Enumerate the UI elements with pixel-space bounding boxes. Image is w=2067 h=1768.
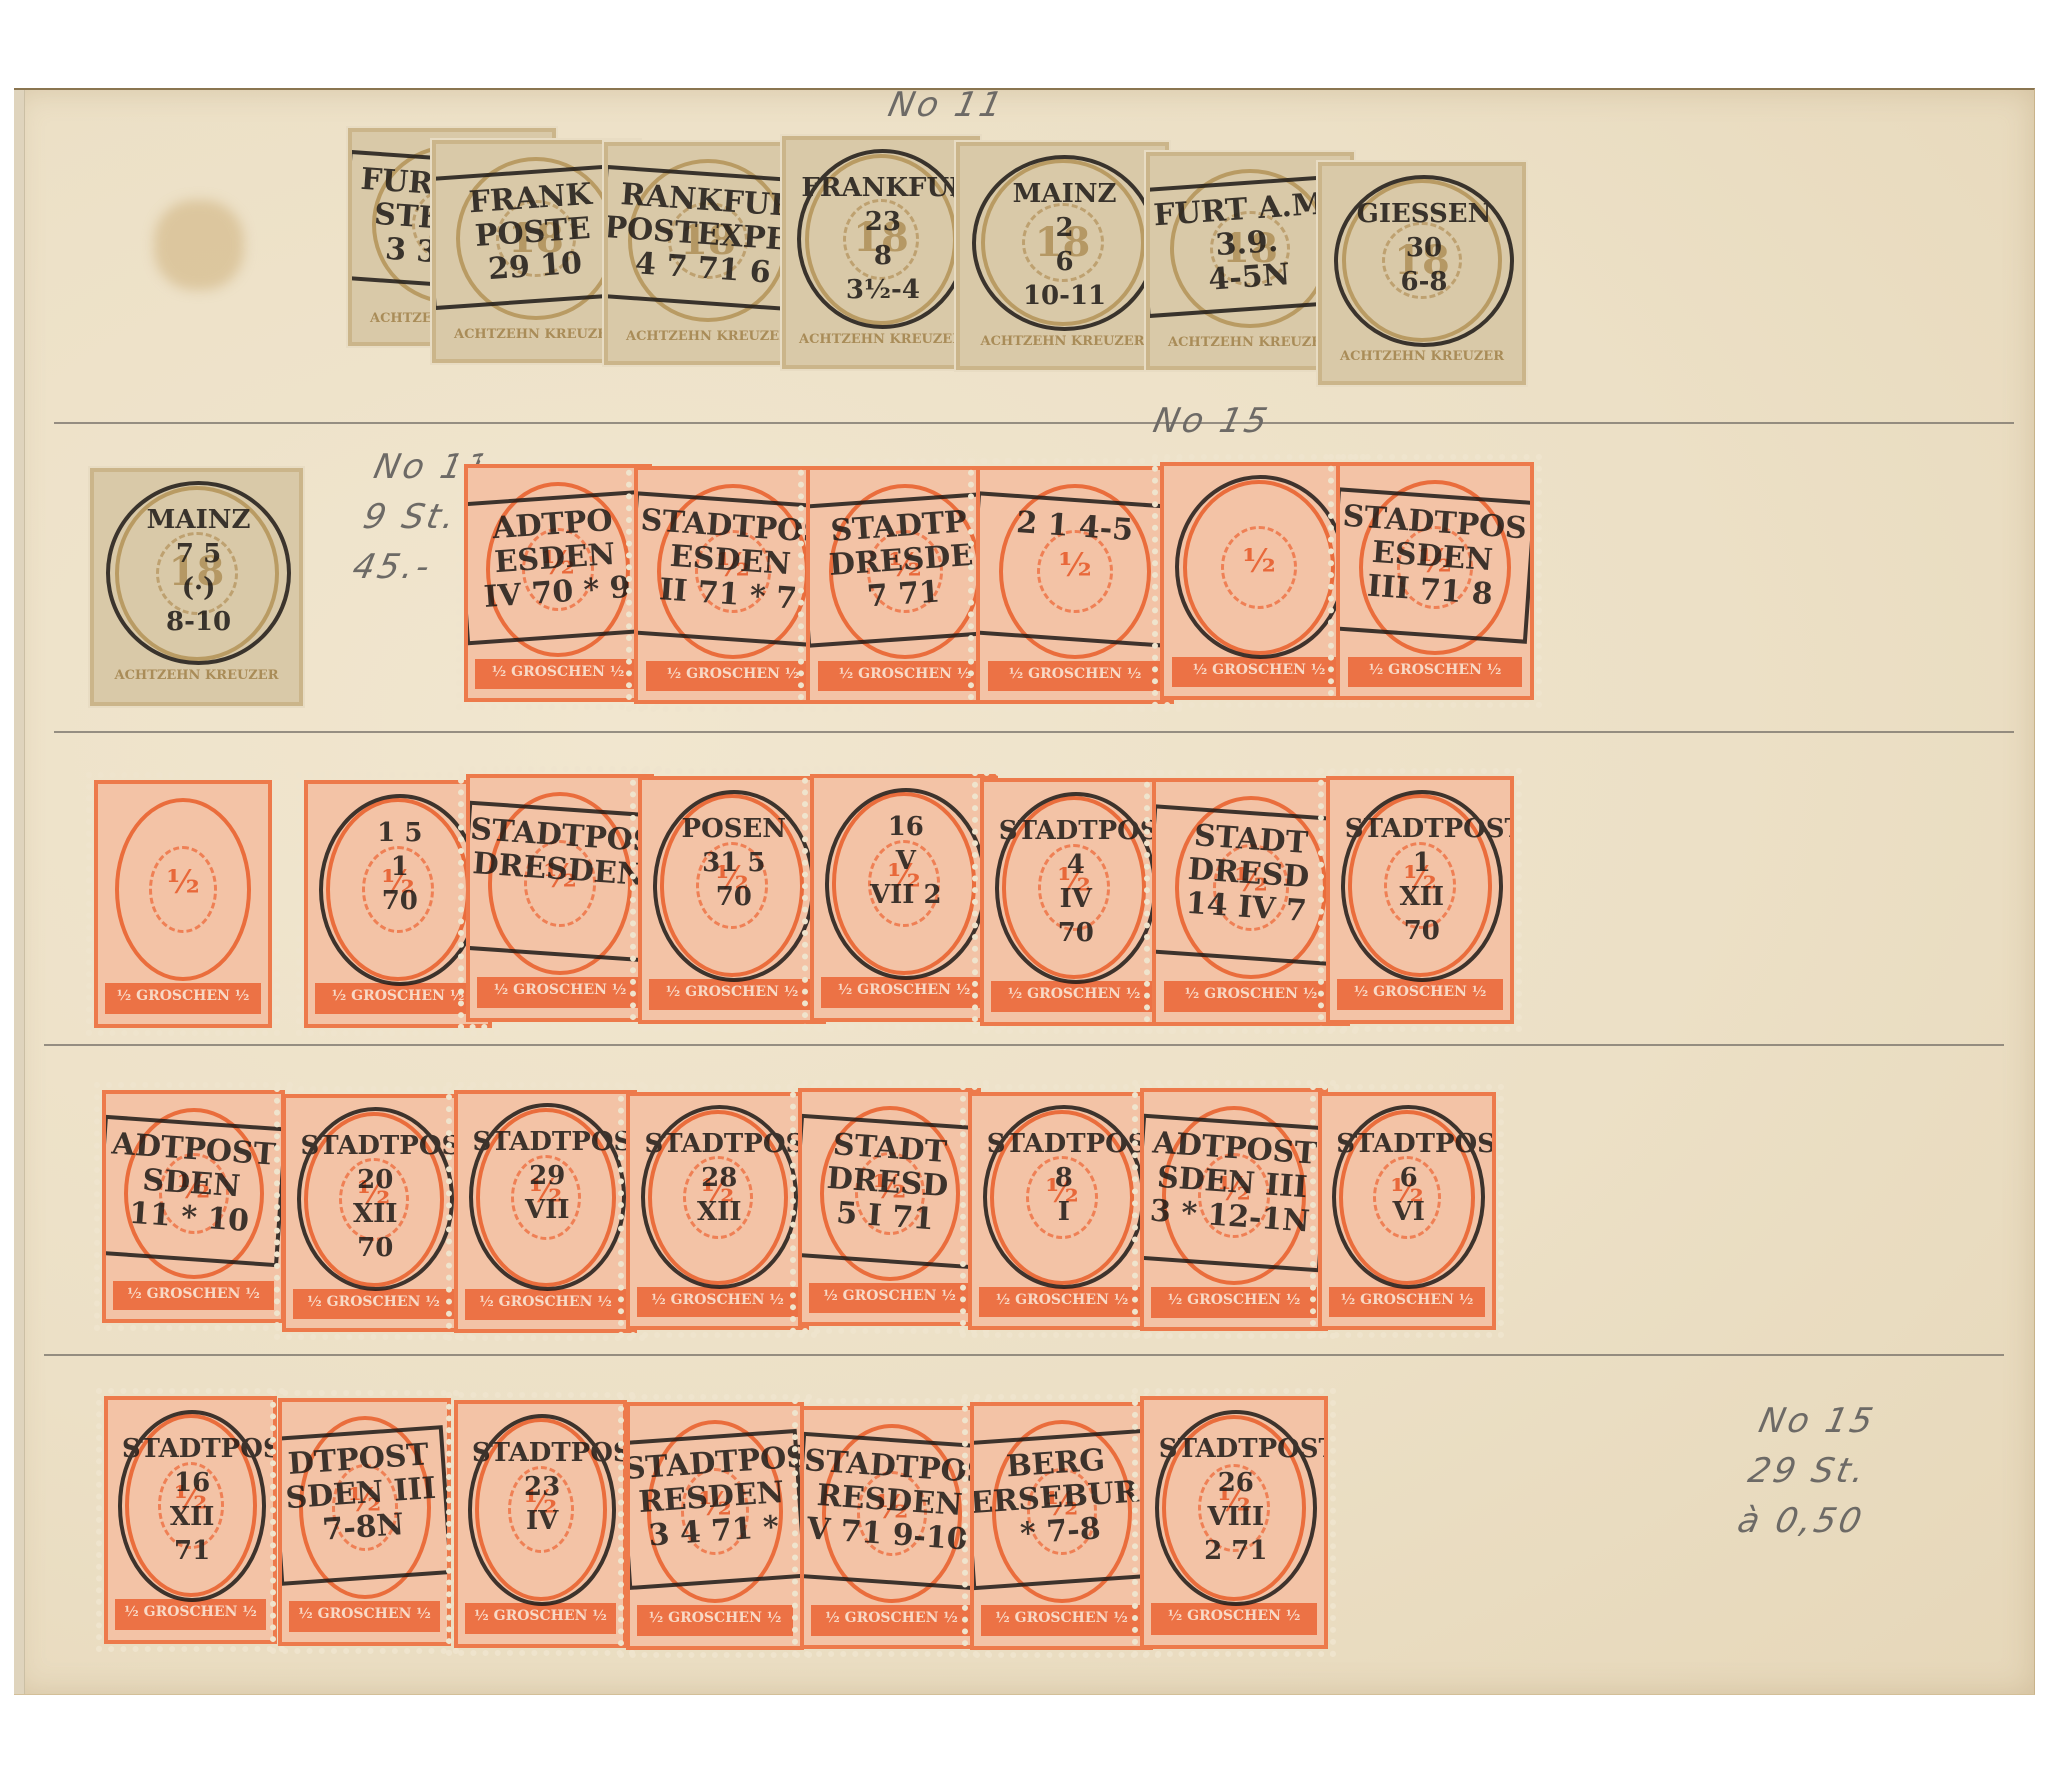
stamp-orange-r4c8: ½½ GROSCHEN ½STADTPOST 6 VI <box>1318 1092 1496 1330</box>
stamp-value-band: ½ GROSCHEN ½ <box>981 1605 1142 1636</box>
postmark-box: STADTPOST RESDEN 3 4 71 * <box>626 1429 804 1590</box>
stamp-orange-r4c4: ½½ GROSCHEN ½STADTPOS 28 XII <box>626 1092 809 1330</box>
postmark-circular: STADTPOST 6 VI <box>1332 1105 1485 1289</box>
stamp-orange-r3c2: ½½ GROSCHEN ½1 5 1 70 <box>304 780 492 1028</box>
stamp-orange-r2c7: ½½ GROSCHEN ½STADTPOS ESDEN III 71 8 <box>1336 462 1534 700</box>
stamp-denomination: ½ <box>98 863 268 901</box>
postmark-box: ADTPO ESDEN IV 70 * 9 <box>464 489 652 644</box>
postmark-box: STADTPOS ESDEN II 71 * 7 <box>634 491 832 647</box>
stamp-orange-r4c6: ½½ GROSCHEN ½STADTPOST 8 I <box>968 1092 1156 1330</box>
stamp-value-band: ½ GROSCHEN ½ <box>811 1605 972 1636</box>
stamp-orange-r5c3: ½½ GROSCHEN ½STADTPOST 23 IV <box>454 1400 627 1648</box>
pencil-note-row2-top: No 15 <box>1149 396 1275 446</box>
stamp-value-band: ACHTZEHN KREUZER <box>1330 344 1514 372</box>
stamp-value-band: ½ GROSCHEN ½ <box>818 661 993 691</box>
stamp-value-band: ½ GROSCHEN ½ <box>988 661 1163 691</box>
stamp-orange-r4c5: ½½ GROSCHEN ½STADT DRESD 5 I 71 <box>798 1088 981 1326</box>
postmark-box: 2 1 4-5 <box>976 491 1174 647</box>
glue-stain <box>154 200 244 290</box>
postmark-box: DTPOST SDEN III 7-8N <box>278 1425 451 1586</box>
stamp-orange-r3c7: ½½ GROSCHEN ½STADT DRESD 14 IV 7 <box>1152 778 1350 1026</box>
postmark-circular: MAINZ 2 6 10-11 <box>972 155 1157 331</box>
stamp-orange-r4c7: ½½ GROSCHEN ½ADTPOST SDEN III 3 * 12-1N <box>1140 1088 1328 1331</box>
pencil-note-top: No 11 <box>884 80 1010 130</box>
postmark-box: STADTP DRESDE 7 71 <box>806 491 1004 647</box>
stamp-orange-r2c2: ½½ GROSCHEN ½ADTPO ESDEN IV 70 * 9 <box>464 464 652 702</box>
stamp-brown-r1c7: 18ACHTZEHN KREUZERGIESSEN 30 6-8 <box>1318 162 1526 385</box>
postmark-circular: STADTPOS 28 XII <box>641 1105 799 1289</box>
postmark-box: BERG ERSEBURG * 7-8 <box>970 1429 1153 1590</box>
stamp-value-band: ½ GROSCHEN ½ <box>637 1287 798 1317</box>
postmark-circular: STADTPOST 1 XII 70 <box>1341 790 1503 982</box>
ruled-line-1 <box>54 422 2014 424</box>
postmark-circular: GIESSEN 30 6-8 <box>1334 175 1514 347</box>
ruled-line-2 <box>54 731 2014 733</box>
stamp-value-band: ½ GROSCHEN ½ <box>821 977 987 1008</box>
stamp-value-band: ½ GROSCHEN ½ <box>637 1605 793 1636</box>
stamp-value-band: ½ GROSCHEN ½ <box>649 979 815 1010</box>
stamp-value-band: ½ GROSCHEN ½ <box>1151 1603 1317 1635</box>
stamp-orange-r5c2: ½½ GROSCHEN ½DTPOST SDEN III 7-8N <box>278 1398 451 1646</box>
stamp-value-band: ½ GROSCHEN ½ <box>477 977 643 1008</box>
postmark-box: ADTPOST SDEN 11 * 10 <box>102 1115 285 1267</box>
stamp-value-band: ACHTZEHN KREUZER <box>968 329 1157 358</box>
postmark-box: STADT DRESD 14 IV 7 <box>1152 804 1350 966</box>
stamp-value-band: ½ GROSCHEN ½ <box>991 981 1157 1012</box>
stamp-value-band: ½ GROSCHEN ½ <box>809 1283 970 1313</box>
postmark-circular: STADTPOS 29 VII <box>469 1103 627 1291</box>
stamp-brown-r1c5: 18ACHTZEHN KREUZERMAINZ 2 6 10-11 <box>956 142 1169 370</box>
stamp-orange-r3c5: ½½ GROSCHEN ½16 V VII 2 <box>810 774 998 1022</box>
stamp-brown-r2c1: 18ACHTZEHN KREUZERMAINZ 7 5 (·) 8-10 <box>90 468 303 706</box>
stamp-value-band: ½ GROSCHEN ½ <box>475 659 641 689</box>
postmark-circular <box>1175 475 1346 659</box>
stamp-orange-r3c4: ½½ GROSCHEN ½POSEN 31 5 70 <box>638 776 826 1024</box>
stamp-orange-r5c5: ½½ GROSCHEN ½STADTPOS RESDEN V 71 9-10 <box>800 1406 983 1649</box>
stamp-value-band: ½ GROSCHEN ½ <box>465 1603 617 1634</box>
stamp-orange-r2c3: ½½ GROSCHEN ½STADTPOS ESDEN II 71 * 7 <box>634 466 832 704</box>
postmark-circular: STADTPOST 4 IV 70 <box>995 792 1157 984</box>
stamp-value-band: ACHTZEHN KREUZER <box>102 663 291 693</box>
stamp-orange-r4c1: ½½ GROSCHEN ½ADTPOST SDEN 11 * 10 <box>102 1090 285 1323</box>
stamp-brown-r1c3: 18ACHTZEHN KREUZERRANKFUR POSTEXPED 4 7 … <box>604 142 812 365</box>
stamp-value-band: ½ GROSCHEN ½ <box>105 983 261 1014</box>
postmark-circular: 16 V VII 2 <box>825 788 987 980</box>
stamp-value-band: ACHTZEHN KREUZER <box>794 327 969 356</box>
pencil-note-bottom-right: No 15 29 St. à 0,50 <box>1733 1396 1890 1546</box>
stamp-orange-r3c1: ½½ GROSCHEN ½ <box>94 780 272 1028</box>
stamp-orange-r4c3: ½½ GROSCHEN ½STADTPOS 29 VII <box>454 1090 637 1333</box>
stamp-orange-r5c1: ½½ GROSCHEN ½STADTPOST 16 XII 71 <box>104 1396 277 1644</box>
postmark-circular: MAINZ 7 5 (·) 8-10 <box>106 481 291 665</box>
album-page: No 11 No 11 9 St. à 45.- No 15 No 15 29 … <box>14 88 2035 1695</box>
stamp-value-band: ACHTZEHN KREUZER <box>616 324 800 352</box>
stamp-value-band: ½ GROSCHEN ½ <box>1164 981 1339 1012</box>
ruled-line-4 <box>44 1354 2004 1356</box>
stamp-value-band: ½ GROSCHEN ½ <box>1172 657 1347 687</box>
stamp-value-band: ½ GROSCHEN ½ <box>293 1289 454 1319</box>
stamp-orange-r2c6: ½½ GROSCHEN ½ <box>1160 462 1358 700</box>
postmark-box: STADTPOS DRESDEN <box>466 800 654 962</box>
stamp-value-band: ½ GROSCHEN ½ <box>646 661 821 691</box>
stamp-value-band: ½ GROSCHEN ½ <box>1348 657 1523 687</box>
stamp-value-band: ½ GROSCHEN ½ <box>465 1289 626 1320</box>
stamp-value-band: ½ GROSCHEN ½ <box>115 1599 267 1630</box>
postmark-box: RANKFUR POSTEXPED 4 7 71 6 <box>604 165 812 313</box>
stamp-value-band: ½ GROSCHEN ½ <box>979 1287 1145 1317</box>
postmark-box: STADTPOS ESDEN III 71 8 <box>1336 487 1534 643</box>
stamp-value-band: ½ GROSCHEN ½ <box>289 1601 441 1632</box>
postmark-box: STADT DRESD 5 I 71 <box>798 1113 981 1268</box>
torn-left-edge <box>14 90 25 1694</box>
postmark-circular: 1 5 1 70 <box>319 794 481 986</box>
stamp-orange-r3c8: ½½ GROSCHEN ½STADTPOST 1 XII 70 <box>1326 776 1514 1024</box>
stamp-brown-r1c4: 18ACHTZEHN KREUZERFRANKFURT A 23 8 3½-4 <box>782 136 980 369</box>
stamp-orange-r5c6: ½½ GROSCHEN ½BERG ERSEBURG * 7-8 <box>970 1402 1153 1650</box>
stamp-value-band: ½ GROSCHEN ½ <box>315 983 481 1014</box>
stamp-value-band: ACHTZEHN KREUZER <box>1158 330 1342 357</box>
postmark-circular: FRANKFURT A 23 8 3½-4 <box>797 149 968 329</box>
postmark-circular: STADTPOST 16 XII 71 <box>118 1410 267 1602</box>
stamp-value-band: ½ GROSCHEN ½ <box>1337 979 1503 1010</box>
stamp-value-band: ½ GROSCHEN ½ <box>113 1281 274 1310</box>
stamp-orange-r2c4: ½½ GROSCHEN ½STADTP DRESDE 7 71 <box>806 466 1004 704</box>
postmark-box: ADTPOST SDEN III 3 * 12-1N <box>1140 1114 1328 1273</box>
stamp-value-band: ½ GROSCHEN ½ <box>1329 1287 1485 1317</box>
stamp-orange-r3c3: ½½ GROSCHEN ½STADTPOS DRESDEN <box>466 774 654 1022</box>
stamp-orange-r5c4: ½½ GROSCHEN ½STADTPOST RESDEN 3 4 71 * <box>626 1402 804 1650</box>
stamp-orange-r3c6: ½½ GROSCHEN ½STADTPOST 4 IV 70 <box>980 778 1168 1026</box>
stamp-orange-r2c5: ½½ GROSCHEN ½2 1 4-5 <box>976 466 1174 704</box>
postmark-box: STADTPOS RESDEN V 71 9-10 <box>800 1432 983 1590</box>
stamp-value-band: ACHTZEHN KREUZER <box>444 322 628 350</box>
stamp-orange-r4c2: ½½ GROSCHEN ½STADTPOST 20 XII 70 <box>282 1094 465 1332</box>
postmark-circular: POSEN 31 5 70 <box>653 790 815 982</box>
stamp-orange-r5c7: ½½ GROSCHEN ½STADTPOST 26 VIII 2 71 <box>1140 1396 1328 1649</box>
postmark-circular: STADTPOST 8 I <box>983 1105 1145 1289</box>
postmark-circular: STADTPOST 26 VIII 2 71 <box>1155 1410 1317 1606</box>
postmark-circular: STADTPOST 23 IV <box>468 1414 617 1606</box>
ruled-line-3 <box>44 1044 2004 1046</box>
stamp-value-band: ½ GROSCHEN ½ <box>1151 1287 1317 1318</box>
postmark-circular: STADTPOST 20 XII 70 <box>297 1107 455 1291</box>
